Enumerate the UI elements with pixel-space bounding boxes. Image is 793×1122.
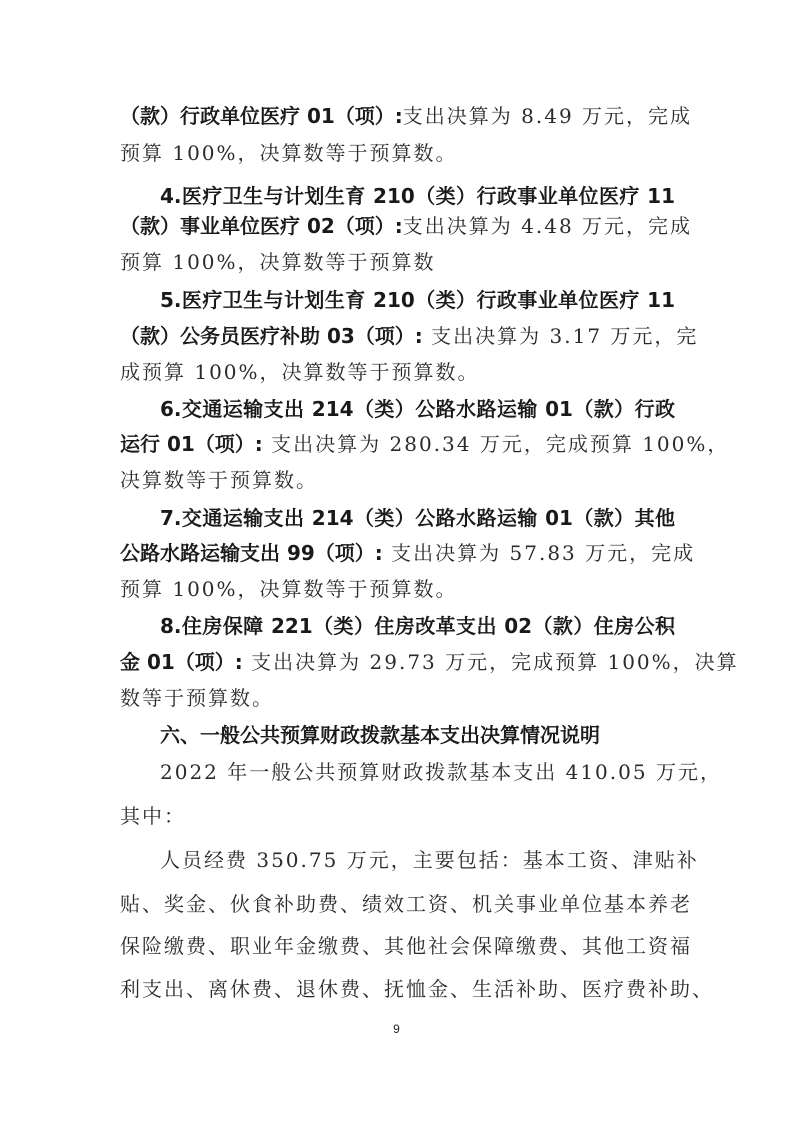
body-text: 数等于预算数。	[120, 686, 274, 710]
paragraph-line: 2022 年一般公共预算财政拨款基本支出 410.05 万元，	[160, 756, 675, 788]
body-text: 成预算 100%，决算数等于预算数。	[120, 360, 480, 384]
body-text: 支出决算为 3.17 万元，完	[423, 324, 699, 348]
paragraph-line: （款）行政单位医疗 01（项）:支出决算为 8.49 万元，完成	[120, 100, 675, 132]
item-heading-line: 8.住房保障 221（类）住房改革支出 02（款）住房公积	[160, 610, 675, 642]
paragraph-line: 成预算 100%，决算数等于预算数。	[120, 356, 675, 388]
body-text: 人员经费 350.75 万元，主要包括：基本工资、津贴补	[160, 848, 699, 872]
body-text: 支出决算为 29.73 万元，完成预算 100%，决算	[243, 650, 739, 674]
bold-heading-text: 8.住房保障 221（类）住房改革支出 02（款）住房公积	[160, 614, 675, 638]
bold-heading-text: 公路水路运输支出 99（项）:	[120, 541, 383, 565]
body-text: 2022 年一般公共预算财政拨款基本支出 410.05 万元，	[160, 760, 722, 784]
bold-heading-text: 金 01（项）:	[120, 650, 243, 674]
paragraph-line: 预算 100%，决算数等于预算数。	[120, 137, 675, 169]
bold-heading-text: （款）公务员医疗补助 03（项）:	[120, 324, 423, 348]
paragraph-line: 公路水路运输支出 99（项）: 支出决算为 57.83 万元，完成	[120, 537, 675, 569]
body-text: 预算 100%，决算数等于预算数。	[120, 141, 458, 165]
paragraph-line: 贴、奖金、伙食补助费、绩效工资、机关事业单位基本养老	[120, 888, 675, 920]
body-text: 预算 100%，决算数等于预算数。	[120, 577, 458, 601]
item-heading-line: 7.交通运输支出 214（类）公路水路运输 01（款）其他	[160, 502, 675, 534]
page-number: 9	[0, 1022, 793, 1036]
body-text: 预算 100%，决算数等于预算数	[120, 250, 436, 274]
bold-heading-text: 4.医疗卫生与计划生育 210（类）行政事业单位医疗 11	[160, 184, 675, 208]
body-text: 利支出、离休费、退休费、抚恤金、生活补助、医疗费补助、	[120, 977, 714, 1001]
item-heading-line: 4.医疗卫生与计划生育 210（类）行政事业单位医疗 11	[160, 180, 675, 212]
item-heading-line: 5.医疗卫生与计划生育 210（类）行政事业单位医疗 11	[160, 284, 675, 316]
paragraph-line: 金 01（项）: 支出决算为 29.73 万元，完成预算 100%，决算	[120, 646, 675, 678]
body-text: 支出决算为 4.48 万元，完成	[403, 214, 692, 238]
paragraph-line: （款）事业单位医疗 02（项）:支出决算为 4.48 万元，完成	[120, 210, 675, 242]
paragraph-line: （款）公务员医疗补助 03（项）: 支出决算为 3.17 万元，完	[120, 320, 675, 352]
item-heading-line: 6.交通运输支出 214（类）公路水路运输 01（款）行政	[160, 393, 675, 425]
body-text: 其中：	[120, 804, 186, 828]
paragraph-line: 预算 100%，决算数等于预算数	[120, 246, 675, 278]
body-text: 保险缴费、职业年金缴费、其他社会保障缴费、其他工资福	[120, 934, 692, 958]
paragraph-line: 利支出、离休费、退休费、抚恤金、生活补助、医疗费补助、	[120, 973, 675, 1005]
bold-heading-text: 5.医疗卫生与计划生育 210（类）行政事业单位医疗 11	[160, 288, 675, 312]
bold-heading-text: 6.交通运输支出 214（类）公路水路运输 01（款）行政	[160, 397, 675, 421]
body-text: 支出决算为 57.83 万元，完成	[383, 541, 695, 565]
paragraph-line: 运行 01（项）: 支出决算为 280.34 万元，完成预算 100%，	[120, 428, 675, 460]
paragraph-line: 数等于预算数。	[120, 682, 675, 714]
paragraph-line: 人员经费 350.75 万元，主要包括：基本工资、津贴补	[160, 844, 675, 876]
paragraph-line: 决算数等于预算数。	[120, 464, 675, 496]
section-heading: 六、一般公共预算财政拨款基本支出决算情况说明	[160, 719, 675, 751]
paragraph-line: 其中：	[120, 800, 675, 832]
bold-heading-text: （款）事业单位医疗 02（项）:	[120, 214, 403, 238]
bold-heading-text: （款）行政单位医疗 01（项）:	[120, 104, 403, 128]
bold-heading-text: 运行 01（项）:	[120, 432, 263, 456]
paragraph-line: 保险缴费、职业年金缴费、其他社会保障缴费、其他工资福	[120, 930, 675, 962]
body-text: 决算数等于预算数。	[120, 468, 318, 492]
body-text: 贴、奖金、伙食补助费、绩效工资、机关事业单位基本养老	[120, 892, 692, 916]
paragraph-line: 预算 100%，决算数等于预算数。	[120, 573, 675, 605]
body-text: 支出决算为 8.49 万元，完成	[403, 104, 692, 128]
body-text: 支出决算为 280.34 万元，完成预算 100%，	[263, 432, 730, 456]
document-page: （款）行政单位医疗 01（项）:支出决算为 8.49 万元，完成 预算 100%…	[0, 0, 793, 1122]
bold-heading-text: 7.交通运输支出 214（类）公路水路运输 01（款）其他	[160, 506, 675, 530]
